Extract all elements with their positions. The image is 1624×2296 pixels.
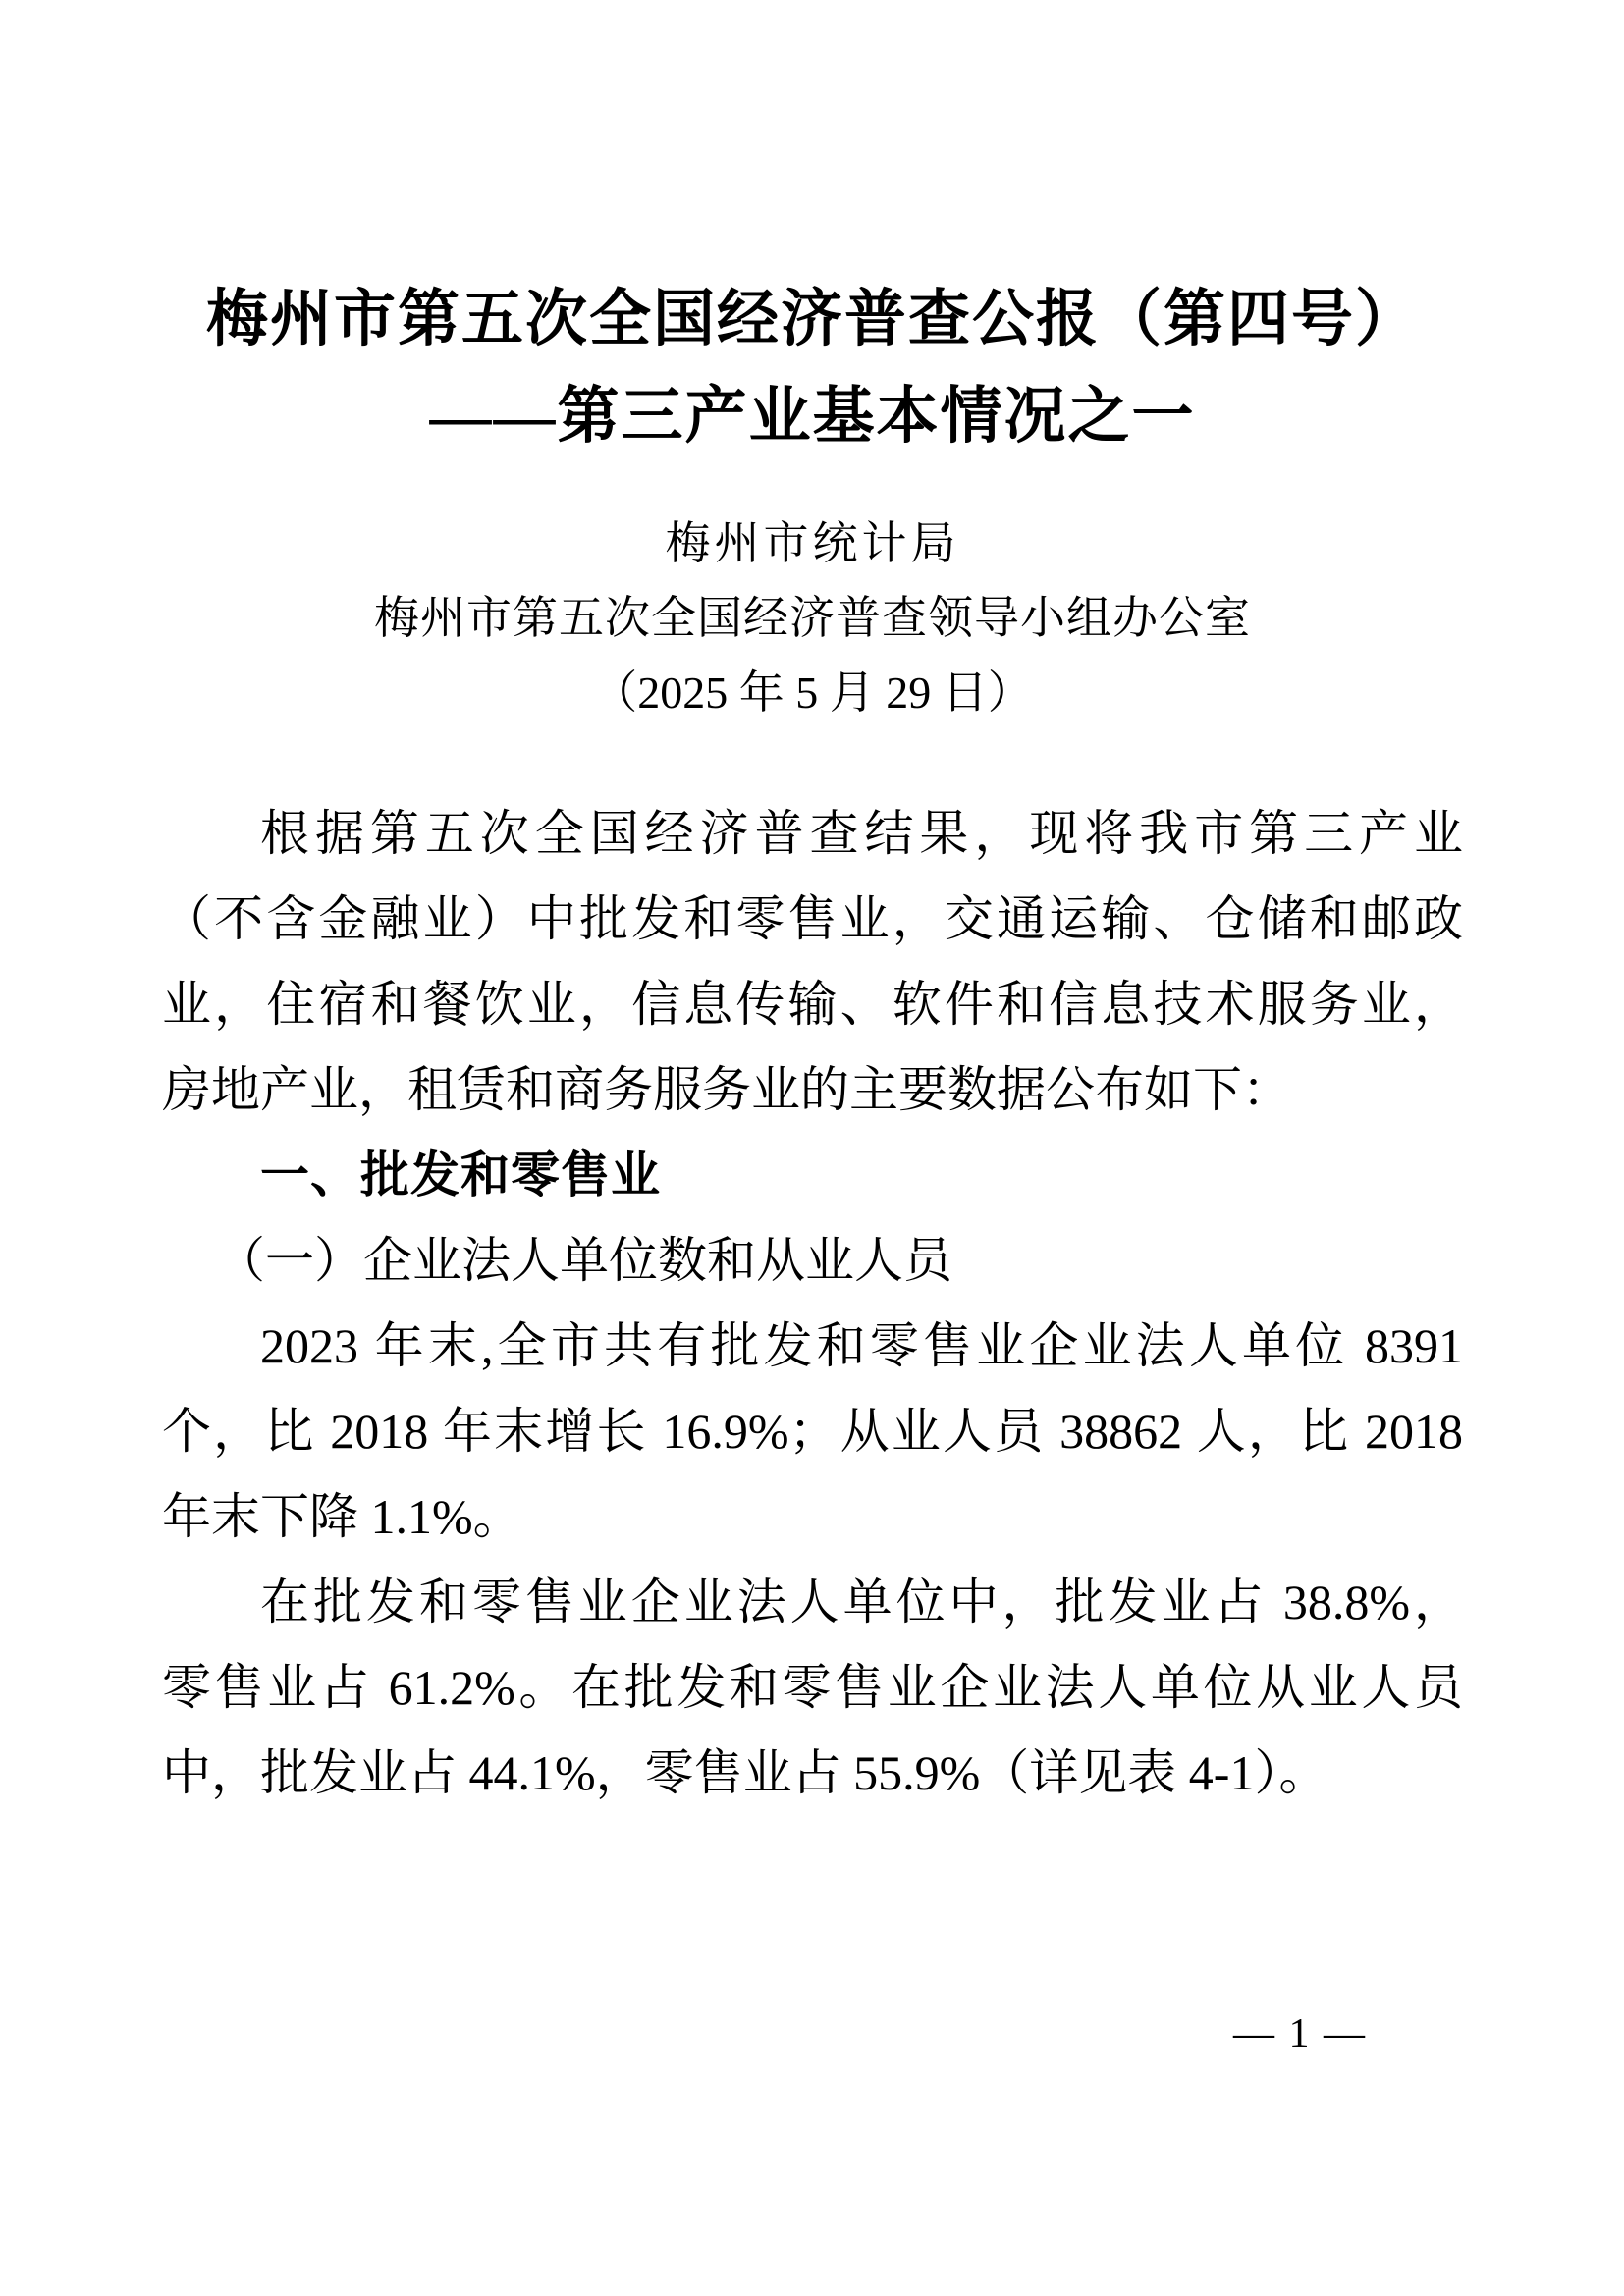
para-2-line-2: 零售业占 61.2%。在批发和零售业企业法人单位从业人员 [162, 1645, 1463, 1731]
byline-organization-1: 梅州市统计局 [162, 507, 1463, 581]
section-1-heading: 一、批发和零售业 [162, 1133, 1463, 1218]
intro-line-3: 业，住宿和餐饮业，信息传输、软件和信息技术服务业， [162, 962, 1463, 1047]
intro-line-4: 房地产业，租赁和商务服务业的主要数据公布如下： [162, 1047, 1463, 1133]
byline-organization-2: 梅州市第五次全国经济普查领导小组办公室 [162, 581, 1463, 656]
para-1-line-1: 2023 年末,全市共有批发和零售业企业法人单位 8391 [162, 1304, 1463, 1389]
para-1-line-2: 个，比 2018 年末增长 16.9%；从业人员 38862 人，比 2018 [162, 1389, 1463, 1474]
intro-line-1: 根据第五次全国经济普查结果，现将我市第三产业 [162, 791, 1463, 877]
body-text: 根据第五次全国经济普查结果，现将我市第三产业 （不含金融业）中批发和零售业，交通… [162, 791, 1463, 1816]
byline-date: （2025 年 5 月 29 日） [162, 656, 1463, 730]
para-2-line-1: 在批发和零售业企业法人单位中，批发业占 38.8%， [162, 1560, 1463, 1645]
page-content: 梅州市第五次全国经济普查公报（第四号） ——第三产业基本情况之一 梅州市统计局 … [162, 0, 1463, 1816]
para-2-line-3: 中，批发业占 44.1%，零售业占 55.9%（详见表 4-1）。 [162, 1731, 1463, 1816]
document-page: 梅州市第五次全国经济普查公报（第四号） ——第三产业基本情况之一 梅州市统计局 … [0, 0, 1624, 2296]
document-title: 梅州市第五次全国经济普查公报（第四号） ——第三产业基本情况之一 [162, 0, 1463, 465]
intro-line-2: （不含金融业）中批发和零售业，交通运输、仓储和邮政 [162, 877, 1463, 962]
section-1-subheading: （一）企业法人单位数和从业人员 [162, 1218, 1463, 1304]
para-1-line-3: 年末下降 1.1%。 [162, 1474, 1463, 1560]
title-line-1: 梅州市第五次全国经济普查公报（第四号） [162, 271, 1463, 368]
byline-block: 梅州市统计局 梅州市第五次全国经济普查领导小组办公室 （2025 年 5 月 2… [162, 507, 1463, 730]
page-number: — 1 — [1233, 2010, 1367, 2057]
title-line-2: ——第三产业基本情况之一 [162, 368, 1463, 465]
